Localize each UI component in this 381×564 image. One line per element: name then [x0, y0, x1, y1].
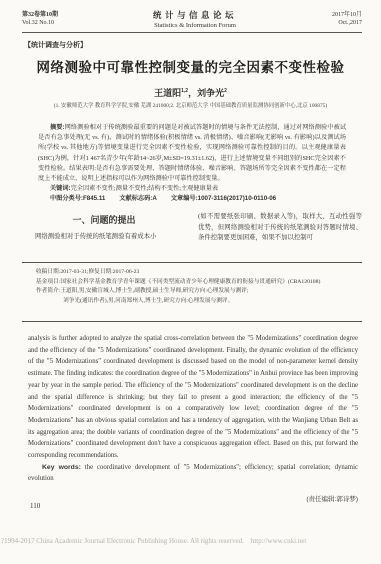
editor-note: (责任编辑:郭诗梦): [306, 494, 358, 503]
issue-date: 2017年10月 Oct.,2017: [332, 11, 362, 27]
abstract-paragraph: 摘要:网络测验相对于传统测验最重要的问题是对被试答题时的情境与条件无法控制，通过…: [38, 123, 346, 184]
received-date: 收稿日期:2017-03-31;修复日期:2017-06-23: [36, 268, 358, 278]
author-2-sup: 2: [224, 88, 227, 94]
english-abstract-paragraph: analysis is further adopted to analyze t…: [28, 333, 358, 462]
english-keywords-line: Key words: the coordinative development …: [28, 462, 358, 485]
keywords-label: 关键词:: [50, 185, 71, 192]
fund-project: 基金项目:国家社会科学基金教育学青年课题《不同类型流动青少年心理健康教育的衔接与…: [36, 278, 358, 288]
abstract-text: 网络测验相对于传统测验最重要的问题是对被试答题时的情境与条件无法控制，通过对网络…: [38, 124, 346, 182]
volume-en: Vol.32 No.10: [22, 19, 58, 27]
right-column-text: (如不需要纸张印刷、数据录入等)，取样大、互动性强等优势，但网络测验相对于传统的…: [198, 212, 362, 244]
date-en: Oct.,2017: [332, 19, 362, 27]
column-label: 【统计调查与分析】: [24, 40, 87, 50]
author-bio-1: 作者简介:王道阳,男,安徽宣城人,博士生,副教授,硕士生导师,研究方向:心理发展…: [36, 287, 358, 297]
author-2: 刘争光: [197, 88, 224, 98]
journal-page: 第32卷第10期 Vol.32 No.10 统计与信息论坛 Statistics…: [0, 0, 381, 564]
left-column: 一、问题的提出 网络测验相对于传统的纸笔测验有着成本小: [22, 212, 186, 244]
article-title: 网络测验中可靠性控制变量的完全因素不变性检验: [0, 56, 381, 76]
body-columns: 一、问题的提出 网络测验相对于传统的纸笔测验有着成本小 (如不需要纸张印刷、数据…: [22, 212, 362, 244]
author-bio-2: 刘争光(通讯作者),男,河南郑州人,博士生,研究方向:心理发展与测评。: [36, 297, 358, 307]
left-column-text: 网络测验相对于传统的纸笔测验有着成本小: [22, 232, 186, 243]
author-1: 王道阳: [154, 88, 181, 98]
abstract-block: 摘要:网络测验相对于传统测验最重要的问题是对被试答题时的情境与条件无法控制，通过…: [38, 123, 346, 205]
section-heading: 一、问题的提出: [22, 215, 186, 226]
author-separator: ，: [188, 88, 197, 98]
keywords-line: 关键词:完全因素不变性;测量不变性;结构不变性;主观健康量表: [38, 184, 346, 194]
footnote-box: 收稿日期:2017-03-31;修复日期:2017-06-23 基金项目:国家社…: [22, 262, 362, 322]
abstract-label: 摘要:: [50, 124, 65, 131]
journal-header: 第32卷第10期 Vol.32 No.10 统计与信息论坛 Statistics…: [22, 9, 362, 33]
author-line: 王道阳1,2，刘争光2: [0, 86, 381, 99]
cnki-watermark: ?1994-2017 China Academic Journal Electr…: [1, 537, 306, 545]
affiliation: (1. 安徽师范大学 教育科学学院,安徽 芜湖 241000;2. 北京师范大学…: [0, 101, 381, 109]
volume-issue: 第32卷第10期 Vol.32 No.10: [22, 11, 58, 27]
volume-cn: 第32卷第10期: [22, 11, 58, 19]
article-id: 文章编号:1007-3116(2017)10-0110-06: [171, 195, 276, 202]
clc-number: 中图分类号:F845.11: [50, 195, 105, 202]
document-code: 文献标志码:A: [119, 195, 156, 202]
english-abstract: analysis is further adopted to analyze t…: [28, 333, 358, 485]
journal-name-en: Statistics & Information Forum: [153, 22, 237, 29]
journal-name: 统计与信息论坛 Statistics & Information Forum: [153, 9, 237, 29]
english-keywords-label: Key words:: [42, 464, 81, 471]
page-number: 110: [30, 502, 40, 510]
right-column: (如不需要纸张印刷、数据录入等)，取样大、互动性强等优势，但网络测验相对于传统的…: [198, 212, 362, 244]
keywords-text: 完全因素不变性;测量不变性;结构不变性;主观健康量表: [71, 185, 218, 192]
date-cn: 2017年10月: [332, 11, 362, 19]
journal-name-cn: 统计与信息论坛: [153, 9, 237, 21]
classification-line: 中图分类号:F845.11文献标志码:A文章编号:1007-3116(2017)…: [38, 194, 346, 204]
